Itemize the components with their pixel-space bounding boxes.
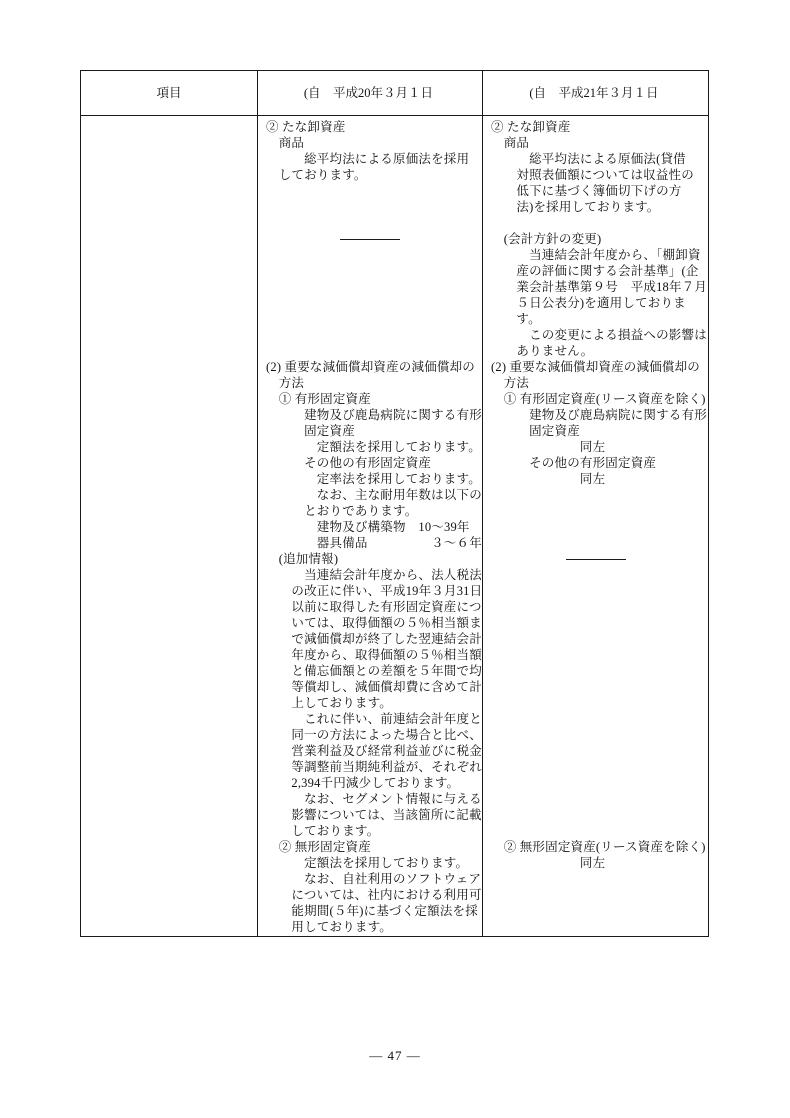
text-line: 2,394千円減少しております。 — [266, 775, 482, 791]
text-line: 建物及び鹿島病院に関する有形 — [266, 407, 482, 423]
text-line: ① 有形固定資産(リース資産を除く) — [491, 391, 708, 407]
text-line — [266, 247, 482, 263]
text-line — [491, 631, 708, 647]
text-line: 同左 — [491, 855, 708, 871]
text-line: (2) 重要な減価償却資産の減価償却の — [491, 359, 708, 375]
text-line — [266, 295, 482, 311]
text-line — [266, 215, 482, 231]
text-line: これに伴い、前連結会計年度と — [266, 711, 482, 727]
text-line — [491, 519, 708, 535]
text-line — [266, 183, 482, 199]
text-line: 法)を採用しております。 — [491, 199, 708, 215]
text-line — [491, 679, 708, 695]
text-line: (追加情報) — [266, 551, 482, 567]
previous-period-from-date: (自 平成20年３月１日 — [304, 86, 436, 100]
text-line: なお、セグメント情報に与える — [266, 791, 482, 807]
text-line: なお、自社利用のソフトウェア — [266, 871, 482, 887]
separator-rule — [266, 231, 482, 247]
header-cell-current-period: 当連結会計年度 (自 平成21年３月１日 至 平成22年２月28日) — [482, 71, 708, 115]
text-line: 方法 — [266, 375, 482, 391]
text-line: しております。 — [266, 167, 482, 183]
text-line — [491, 647, 708, 663]
text-line — [491, 535, 708, 551]
text-line: 上しております。 — [266, 695, 482, 711]
text-line: 業会計基準第９号 平成18年７月 — [491, 279, 708, 295]
text-line: この変更による損益への影響は — [491, 327, 708, 343]
text-line: 等調整前当期純利益が、それぞれ — [266, 759, 482, 775]
item-column-cell — [81, 116, 257, 936]
text-line: 総平均法による原価法(貸借 — [491, 151, 708, 167]
text-line: (2) 重要な減価償却資産の減価償却の — [266, 359, 482, 375]
current-period-from-date: (自 平成21年３月１日 — [529, 86, 661, 100]
horizontal-rule-mark — [566, 559, 626, 560]
table-body-row: ② たな卸資産 商品 総平均法による原価法を採用 しております。(2) 重要な減… — [81, 116, 708, 936]
text-line — [491, 743, 708, 759]
text-line: その他の有形固定資産 — [491, 455, 708, 471]
text-line — [491, 823, 708, 839]
accounting-policy-table: 項目 前連結会計年度 (自 平成20年３月１日 至 平成21年２月28日) 当連… — [80, 70, 709, 937]
text-line: 当連結会計年度から、「棚卸資 — [491, 247, 708, 263]
text-line: しております。 — [266, 823, 482, 839]
text-line: 以前に取得した有形固定資産につ — [266, 599, 482, 615]
text-line: と備忘価額との差額を５年間で均 — [266, 663, 482, 679]
text-line: 年度から、取得価額の５％相当額 — [266, 647, 482, 663]
text-line — [491, 583, 708, 599]
item-column-label: 項目 — [156, 86, 181, 100]
text-line — [491, 567, 708, 583]
text-line: ② たな卸資産 — [491, 119, 708, 135]
text-line — [491, 503, 708, 519]
text-line — [491, 487, 708, 503]
text-line — [491, 791, 708, 807]
text-line: 定額法を採用しております。 — [266, 439, 482, 455]
text-line — [266, 199, 482, 215]
text-line: 総平均法による原価法を採用 — [266, 151, 482, 167]
text-line: 影響については、当該箇所に記載 — [266, 807, 482, 823]
text-line — [266, 343, 482, 359]
text-line: とおりであります。 — [266, 503, 482, 519]
text-line: 同左 — [491, 439, 708, 455]
text-line — [266, 311, 482, 327]
text-line: 建物及び鹿島病院に関する有形 — [491, 407, 708, 423]
text-line: 方法 — [491, 375, 708, 391]
text-line: 商品 — [266, 135, 482, 151]
text-line — [266, 279, 482, 295]
text-line: については、社内における利用可 — [266, 887, 482, 903]
text-line: ありません。 — [491, 343, 708, 359]
text-line: 固定資産 — [491, 423, 708, 439]
text-line: ① 有形固定資産 — [266, 391, 482, 407]
text-line: 建物及び構築物 10～39年 — [266, 519, 482, 535]
header-cell-previous-period: 前連結会計年度 (自 平成20年３月１日 至 平成21年２月28日) — [257, 71, 482, 115]
text-line — [491, 759, 708, 775]
text-line: ５日公表分)を適用しておりま — [491, 295, 708, 311]
text-line — [491, 727, 708, 743]
document-page: 項目 前連結会計年度 (自 平成20年３月１日 至 平成21年２月28日) 当連… — [0, 0, 790, 1118]
text-line — [491, 599, 708, 615]
text-line — [491, 695, 708, 711]
text-line: で減価償却が終了した翌連結会計 — [266, 631, 482, 647]
text-line: 定率法を採用しております。 — [266, 471, 482, 487]
text-line: ② 無形固定資産 — [266, 839, 482, 855]
text-line — [491, 615, 708, 631]
text-line: ② 無形固定資産(リース資産を除く) — [491, 839, 708, 855]
header-cell-item: 項目 — [81, 71, 257, 115]
text-line: 定額法を採用しております。 — [266, 855, 482, 871]
text-line — [491, 215, 708, 231]
text-line: 営業利益及び経常利益並びに税金 — [266, 743, 482, 759]
text-line: す。 — [491, 311, 708, 327]
text-line: 同一の方法によった場合と比べ、 — [266, 727, 482, 743]
separator-rule — [491, 551, 708, 567]
text-line: 同左 — [491, 471, 708, 487]
text-line: なお、主な耐用年数は以下の — [266, 487, 482, 503]
text-line: その他の有形固定資産 — [266, 455, 482, 471]
text-line — [491, 663, 708, 679]
text-line: 用しております。 — [266, 919, 482, 935]
text-line: の改正に伴い、平成19年３月31日 — [266, 583, 482, 599]
text-line: 対照表価額については収益性の — [491, 167, 708, 183]
text-line: 当連結会計年度から、法人税法 — [266, 567, 482, 583]
text-line: 商品 — [491, 135, 708, 151]
text-line — [266, 327, 482, 343]
text-line: 能期間(５年)に基づく定額法を採 — [266, 903, 482, 919]
text-line: いては、取得価額の５％相当額ま — [266, 615, 482, 631]
text-line — [266, 263, 482, 279]
page-number: ― 47 ― — [0, 1048, 790, 1064]
horizontal-rule-mark — [340, 239, 400, 240]
text-line: (会計方針の変更) — [491, 231, 708, 247]
text-line: 等償却し、減価償却費に含めて計 — [266, 679, 482, 695]
text-line: 器具備品 ３～６年 — [266, 535, 482, 551]
table-header-row: 項目 前連結会計年度 (自 平成20年３月１日 至 平成21年２月28日) 当連… — [81, 71, 708, 116]
current-period-cell: ② たな卸資産 商品 総平均法による原価法(貸借 対照表価額については収益性の … — [482, 116, 708, 936]
previous-period-cell: ② たな卸資産 商品 総平均法による原価法を採用 しております。(2) 重要な減… — [257, 116, 482, 936]
text-line — [491, 775, 708, 791]
text-line — [491, 807, 708, 823]
text-line: 低下に基づく簿価切下げの方 — [491, 183, 708, 199]
text-line: ② たな卸資産 — [266, 119, 482, 135]
text-line: 固定資産 — [266, 423, 482, 439]
text-line — [491, 711, 708, 727]
text-line: 産の評価に関する会計基準」(企 — [491, 263, 708, 279]
